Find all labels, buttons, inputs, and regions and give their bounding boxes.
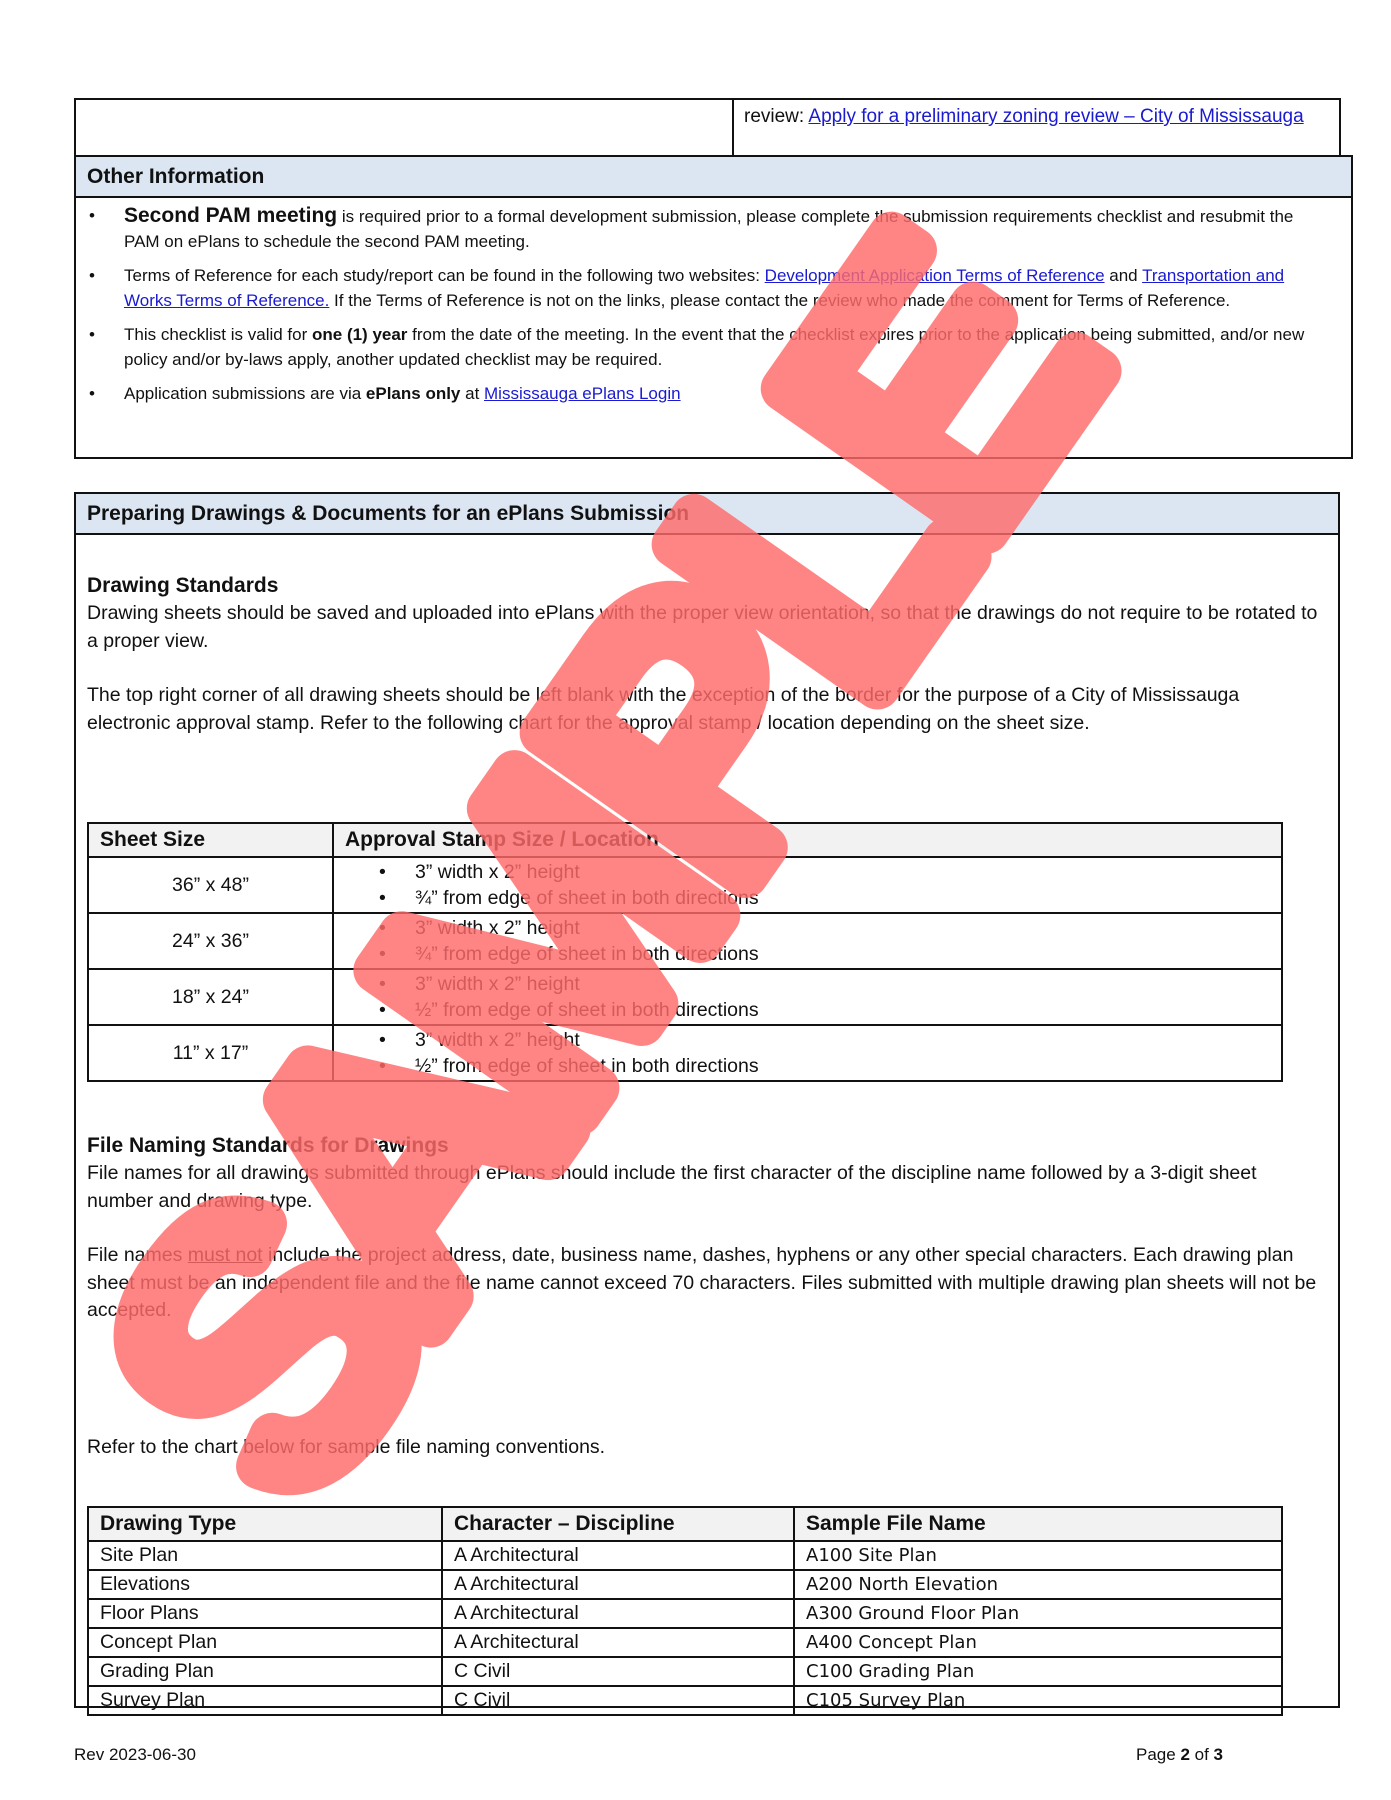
file-naming-table: Drawing Type Character – Discipline Samp… xyxy=(87,1506,1283,1716)
sheet-size-cell: 24” x 36” xyxy=(88,913,333,969)
preparing-drawings-header: Preparing Drawings & Documents for an eP… xyxy=(76,494,1338,535)
sheet-size-cell: 11” x 17” xyxy=(88,1025,333,1081)
column-header: Drawing Type xyxy=(88,1507,442,1541)
stamp-spec-list: 3” width x 2” height¾” from edge of shee… xyxy=(334,859,1281,912)
file-naming-para-3: Refer to the chart below for sample file… xyxy=(87,1434,1327,1462)
table-row: Grading PlanC CivilC100 Grading Plan xyxy=(88,1657,1282,1686)
drawing-type-cell: Concept Plan xyxy=(88,1628,442,1657)
table-row: Concept PlanA ArchitecturalA400 Concept … xyxy=(88,1628,1282,1657)
file-naming-title: File Naming Standards for Drawings xyxy=(87,1134,449,1158)
drawing-type-cell: Grading Plan xyxy=(88,1657,442,1686)
column-header: Approval Stamp Size / Location xyxy=(333,823,1282,857)
approval-stamp-table: Sheet Size Approval Stamp Size / Locatio… xyxy=(87,822,1283,1082)
discipline-cell: A Architectural xyxy=(442,1541,794,1570)
drawing-type-cell: Site Plan xyxy=(88,1541,442,1570)
table-row: 36” x 48”3” width x 2” height¾” from edg… xyxy=(88,857,1282,913)
sample-file-name-cell: A100 Site Plan xyxy=(794,1541,1282,1570)
sheet-size-cell: 36” x 48” xyxy=(88,857,333,913)
column-header: Sheet Size xyxy=(88,823,333,857)
discipline-cell: C Civil xyxy=(442,1686,794,1715)
table-row: 24” x 36”3” width x 2” height¾” from edg… xyxy=(88,913,1282,969)
other-information-list: • Second PAM meeting is required prior t… xyxy=(76,204,1351,407)
preparing-drawings-section: Preparing Drawings & Documents for an eP… xyxy=(74,492,1340,1708)
other-information-section: Other Information • Second PAM meeting i… xyxy=(74,155,1353,459)
list-item: ¾” from edge of sheet in both directions xyxy=(379,885,1281,912)
list-item: • Application submissions are via ePlans… xyxy=(124,382,1333,407)
sample-file-name-cell: A400 Concept Plan xyxy=(794,1628,1282,1657)
sheet-size-cell: 18” x 24” xyxy=(88,969,333,1025)
drawing-type-cell: Survey Plan xyxy=(88,1686,442,1715)
stamp-spec-list: 3” width x 2” height½” from edge of shee… xyxy=(334,1027,1281,1080)
list-item: ½” from edge of sheet in both directions xyxy=(379,997,1281,1024)
file-naming-para-1: File names for all drawings submitted th… xyxy=(87,1160,1327,1215)
drawing-type-cell: Floor Plans xyxy=(88,1599,442,1628)
review-label: review: xyxy=(744,106,808,127)
stamp-spec-list: 3” width x 2” height¾” from edge of shee… xyxy=(334,915,1281,968)
list-item: 3” width x 2” height xyxy=(379,859,1281,886)
list-item: • Terms of Reference for each study/repo… xyxy=(124,264,1333,313)
stamp-location-cell: 3” width x 2” height½” from edge of shee… xyxy=(333,1025,1282,1081)
list-item: 3” width x 2” height xyxy=(379,915,1281,942)
stamp-location-cell: 3” width x 2” height¾” from edge of shee… xyxy=(333,913,1282,969)
drawing-standards-para-2: The top right corner of all drawing shee… xyxy=(87,682,1327,737)
discipline-cell: A Architectural xyxy=(442,1570,794,1599)
development-application-tor-link[interactable]: Development Application Terms of Referen… xyxy=(765,266,1105,285)
table-row: Survey PlanC CivilC105 Survey Plan xyxy=(88,1686,1282,1715)
stamp-spec-list: 3” width x 2” height½” from edge of shee… xyxy=(334,971,1281,1024)
stamp-location-cell: 3” width x 2” height¾” from edge of shee… xyxy=(333,857,1282,913)
page-number: Page 2 of 3 xyxy=(1136,1745,1223,1765)
sample-file-name-cell: A300 Ground Floor Plan xyxy=(794,1599,1282,1628)
table-row: ElevationsA ArchitecturalA200 North Elev… xyxy=(88,1570,1282,1599)
table-row: Floor PlansA ArchitecturalA300 Ground Fl… xyxy=(88,1599,1282,1628)
bullet-icon: • xyxy=(89,264,95,289)
preliminary-zoning-review-link[interactable]: Apply for a preliminary zoning review – … xyxy=(808,106,1303,127)
top-table-fragment: review: Apply for a preliminary zoning r… xyxy=(74,98,1341,156)
table-row: 11” x 17”3” width x 2” height½” from edg… xyxy=(88,1025,1282,1081)
discipline-cell: A Architectural xyxy=(442,1628,794,1657)
list-item: • This checklist is valid for one (1) ye… xyxy=(124,323,1333,372)
sample-file-name-cell: C100 Grading Plan xyxy=(794,1657,1282,1686)
bullet-icon: • xyxy=(89,323,95,348)
other-information-header: Other Information xyxy=(76,157,1351,198)
list-item: 3” width x 2” height xyxy=(379,971,1281,998)
drawing-standards-title: Drawing Standards xyxy=(87,574,278,598)
list-item: • Second PAM meeting is required prior t… xyxy=(124,204,1333,254)
discipline-cell: C Civil xyxy=(442,1657,794,1686)
table-row: 18” x 24”3” width x 2” height½” from edg… xyxy=(88,969,1282,1025)
sample-file-name-cell: A200 North Elevation xyxy=(794,1570,1282,1599)
list-item: ½” from edge of sheet in both directions xyxy=(379,1053,1281,1080)
top-table-left-cell xyxy=(76,100,734,156)
column-header: Character – Discipline xyxy=(442,1507,794,1541)
bullet-icon: • xyxy=(89,204,95,229)
discipline-cell: A Architectural xyxy=(442,1599,794,1628)
revision-date: Rev 2023-06-30 xyxy=(74,1745,196,1765)
column-header: Sample File Name xyxy=(794,1507,1282,1541)
mississauga-eplans-login-link[interactable]: Mississauga ePlans Login xyxy=(484,384,681,403)
sample-file-name-cell: C105 Survey Plan xyxy=(794,1686,1282,1715)
stamp-location-cell: 3” width x 2” height½” from edge of shee… xyxy=(333,969,1282,1025)
file-naming-para-2: File names must not include the project … xyxy=(87,1242,1327,1325)
list-item: ¾” from edge of sheet in both directions xyxy=(379,941,1281,968)
bullet-icon: • xyxy=(89,382,95,407)
table-row: Site PlanA ArchitecturalA100 Site Plan xyxy=(88,1541,1282,1570)
list-item: 3” width x 2” height xyxy=(379,1027,1281,1054)
drawing-type-cell: Elevations xyxy=(88,1570,442,1599)
drawing-standards-para-1: Drawing sheets should be saved and uploa… xyxy=(87,600,1327,655)
